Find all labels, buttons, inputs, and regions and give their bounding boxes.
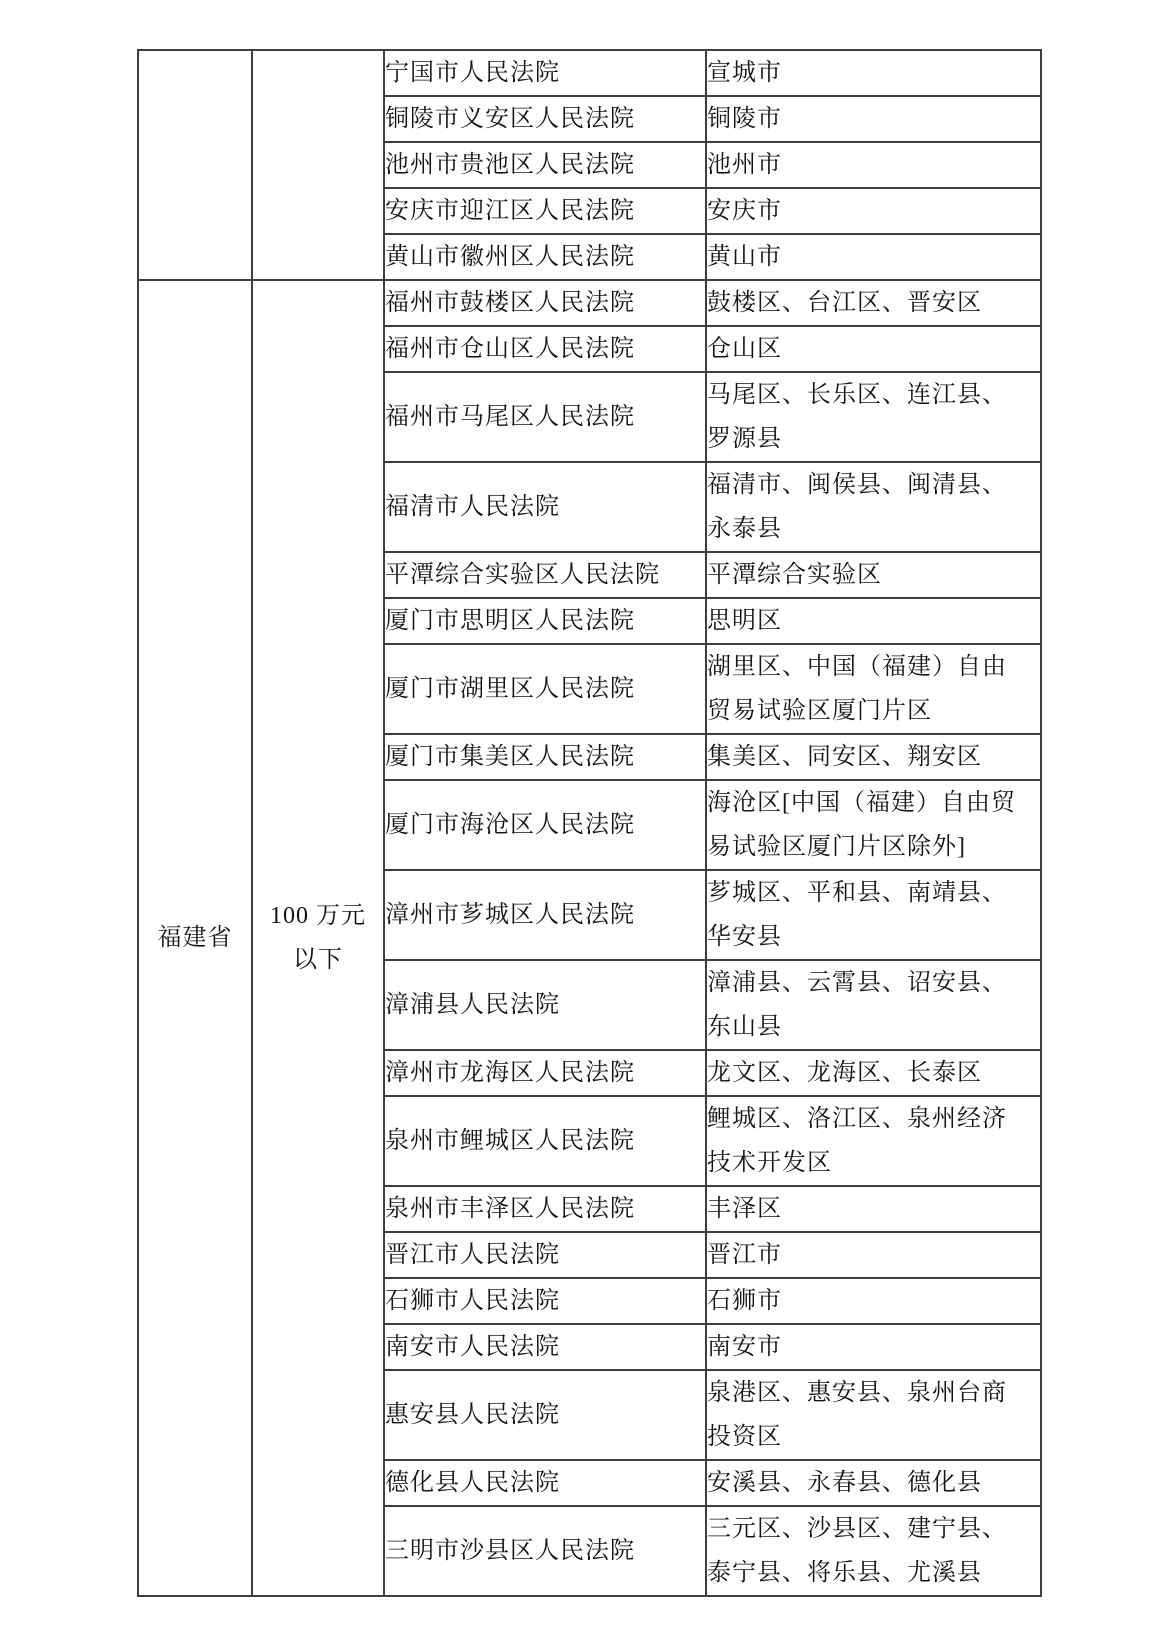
court-name: 泉州市丰泽区人民法院 <box>385 1187 705 1231</box>
court-name: 泉州市鲤城区人民法院 <box>385 1119 705 1163</box>
jurisdiction-line: 安溪县、永春县、德化县 <box>707 1461 1040 1505</box>
jurisdiction-table: 宁国市人民法院宣城市铜陵市义安区人民法院铜陵市池州市贵池区人民法院池州市安庆市迎… <box>137 49 1042 1597</box>
court-cell: 黄山市徽州区人民法院 <box>384 234 706 280</box>
amount-threshold-cell: 100 万元以下 <box>252 280 384 1596</box>
jurisdiction-line: 贸易试验区厦门片区 <box>707 689 1040 733</box>
court-cell: 平潭综合实验区人民法院 <box>384 552 706 598</box>
court-name: 厦门市湖里区人民法院 <box>385 667 705 711</box>
court-name: 漳州市龙海区人民法院 <box>385 1051 705 1095</box>
court-cell: 三明市沙县区人民法院 <box>384 1506 706 1596</box>
court-name: 惠安县人民法院 <box>385 1393 705 1437</box>
court-cell: 南安市人民法院 <box>384 1324 706 1370</box>
jurisdiction-cell: 安庆市 <box>706 188 1041 234</box>
jurisdiction-line: 晋江市 <box>707 1233 1040 1277</box>
jurisdiction-cell: 池州市 <box>706 142 1041 188</box>
court-cell: 泉州市鲤城区人民法院 <box>384 1096 706 1186</box>
jurisdiction-line: 泉港区、惠安县、泉州台商 <box>707 1371 1040 1415</box>
jurisdiction-cell: 安溪县、永春县、德化县 <box>706 1460 1041 1506</box>
jurisdiction-line: 华安县 <box>707 915 1040 959</box>
table-row: 宁国市人民法院宣城市 <box>138 50 1041 96</box>
court-cell: 德化县人民法院 <box>384 1460 706 1506</box>
court-cell: 石狮市人民法院 <box>384 1278 706 1324</box>
court-cell: 厦门市集美区人民法院 <box>384 734 706 780</box>
jurisdiction-cell: 丰泽区 <box>706 1186 1041 1232</box>
jurisdiction-line: 三元区、沙县区、建宁县、 <box>707 1507 1040 1551</box>
court-cell: 福州市仓山区人民法院 <box>384 326 706 372</box>
jurisdiction-cell: 海沧区[中国（福建）自由贸易试验区厦门片区除外] <box>706 780 1041 870</box>
court-name: 厦门市集美区人民法院 <box>385 735 705 779</box>
jurisdiction-line: 湖里区、中国（福建）自由 <box>707 645 1040 689</box>
court-name: 福清市人民法院 <box>385 485 705 529</box>
court-cell: 漳州市龙海区人民法院 <box>384 1050 706 1096</box>
jurisdiction-line: 池州市 <box>707 143 1040 187</box>
jurisdiction-line: 南安市 <box>707 1325 1040 1369</box>
jurisdiction-line: 集美区、同安区、翔安区 <box>707 735 1040 779</box>
court-name: 平潭综合实验区人民法院 <box>385 553 705 597</box>
court-name: 黄山市徽州区人民法院 <box>385 235 705 279</box>
jurisdiction-cell: 马尾区、长乐区、连江县、罗源县 <box>706 372 1041 462</box>
jurisdiction-cell: 仓山区 <box>706 326 1041 372</box>
amount-line: 100 万元 <box>253 894 383 938</box>
court-name: 漳浦县人民法院 <box>385 983 705 1027</box>
court-cell: 福州市马尾区人民法院 <box>384 372 706 462</box>
jurisdiction-line: 投资区 <box>707 1415 1040 1459</box>
court-name: 安庆市迎江区人民法院 <box>385 189 705 233</box>
province-label: 福建省 <box>139 916 251 960</box>
jurisdiction-cell: 龙文区、龙海区、长泰区 <box>706 1050 1041 1096</box>
court-name: 漳州市芗城区人民法院 <box>385 893 705 937</box>
jurisdiction-line: 龙文区、龙海区、长泰区 <box>707 1051 1040 1095</box>
court-cell: 厦门市湖里区人民法院 <box>384 644 706 734</box>
jurisdiction-cell: 南安市 <box>706 1324 1041 1370</box>
court-name: 厦门市思明区人民法院 <box>385 599 705 643</box>
jurisdiction-cell: 鲤城区、洛江区、泉州经济技术开发区 <box>706 1096 1041 1186</box>
court-name: 石狮市人民法院 <box>385 1279 705 1323</box>
jurisdiction-cell: 泉港区、惠安县、泉州台商投资区 <box>706 1370 1041 1460</box>
court-cell: 泉州市丰泽区人民法院 <box>384 1186 706 1232</box>
jurisdiction-line: 鼓楼区、台江区、晋安区 <box>707 281 1040 325</box>
jurisdiction-line: 永泰县 <box>707 507 1040 551</box>
jurisdiction-cell: 思明区 <box>706 598 1041 644</box>
jurisdiction-cell: 福清市、闽侯县、闽清县、永泰县 <box>706 462 1041 552</box>
court-name: 三明市沙县区人民法院 <box>385 1529 705 1573</box>
amount-threshold-cell <box>252 50 384 280</box>
jurisdiction-line: 鲤城区、洛江区、泉州经济 <box>707 1097 1040 1141</box>
jurisdiction-line: 安庆市 <box>707 189 1040 233</box>
jurisdiction-line: 技术开发区 <box>707 1141 1040 1185</box>
jurisdiction-cell: 集美区、同安区、翔安区 <box>706 734 1041 780</box>
jurisdiction-cell: 黄山市 <box>706 234 1041 280</box>
court-cell: 池州市贵池区人民法院 <box>384 142 706 188</box>
court-cell: 铜陵市义安区人民法院 <box>384 96 706 142</box>
jurisdiction-line: 漳浦县、云霄县、诏安县、 <box>707 961 1040 1005</box>
jurisdiction-cell: 石狮市 <box>706 1278 1041 1324</box>
court-cell: 安庆市迎江区人民法院 <box>384 188 706 234</box>
jurisdiction-cell: 三元区、沙县区、建宁县、泰宁县、将乐县、尤溪县 <box>706 1506 1041 1596</box>
court-name: 福州市仓山区人民法院 <box>385 327 705 371</box>
jurisdiction-line: 罗源县 <box>707 417 1040 461</box>
court-name: 宁国市人民法院 <box>385 51 705 95</box>
court-cell: 漳州市芗城区人民法院 <box>384 870 706 960</box>
jurisdiction-line: 泰宁县、将乐县、尤溪县 <box>707 1551 1040 1595</box>
court-cell: 漳浦县人民法院 <box>384 960 706 1050</box>
jurisdiction-line: 石狮市 <box>707 1279 1040 1323</box>
province-cell <box>138 50 252 280</box>
court-cell: 宁国市人民法院 <box>384 50 706 96</box>
court-name: 池州市贵池区人民法院 <box>385 143 705 187</box>
court-name: 铜陵市义安区人民法院 <box>385 97 705 141</box>
table-row: 福建省100 万元以下福州市鼓楼区人民法院鼓楼区、台江区、晋安区 <box>138 280 1041 326</box>
table-body: 宁国市人民法院宣城市铜陵市义安区人民法院铜陵市池州市贵池区人民法院池州市安庆市迎… <box>138 50 1041 1596</box>
jurisdiction-line: 丰泽区 <box>707 1187 1040 1231</box>
court-name: 晋江市人民法院 <box>385 1233 705 1277</box>
jurisdiction-line: 平潭综合实验区 <box>707 553 1040 597</box>
court-cell: 惠安县人民法院 <box>384 1370 706 1460</box>
jurisdiction-line: 海沧区[中国（福建）自由贸 <box>707 781 1040 825</box>
jurisdiction-line: 芗城区、平和县、南靖县、 <box>707 871 1040 915</box>
court-cell: 厦门市思明区人民法院 <box>384 598 706 644</box>
court-name: 福州市马尾区人民法院 <box>385 395 705 439</box>
jurisdiction-line: 易试验区厦门片区除外] <box>707 825 1040 869</box>
province-cell: 福建省 <box>138 280 252 1596</box>
court-name: 南安市人民法院 <box>385 1325 705 1369</box>
jurisdiction-line: 思明区 <box>707 599 1040 643</box>
jurisdiction-cell: 平潭综合实验区 <box>706 552 1041 598</box>
court-cell: 晋江市人民法院 <box>384 1232 706 1278</box>
document-page: 宁国市人民法院宣城市铜陵市义安区人民法院铜陵市池州市贵池区人民法院池州市安庆市迎… <box>0 0 1149 1626</box>
court-name: 福州市鼓楼区人民法院 <box>385 281 705 325</box>
court-cell: 厦门市海沧区人民法院 <box>384 780 706 870</box>
court-name: 厦门市海沧区人民法院 <box>385 803 705 847</box>
jurisdiction-cell: 湖里区、中国（福建）自由贸易试验区厦门片区 <box>706 644 1041 734</box>
jurisdiction-cell: 鼓楼区、台江区、晋安区 <box>706 280 1041 326</box>
jurisdiction-cell: 漳浦县、云霄县、诏安县、东山县 <box>706 960 1041 1050</box>
jurisdiction-line: 宣城市 <box>707 51 1040 95</box>
jurisdiction-line: 铜陵市 <box>707 97 1040 141</box>
jurisdiction-line: 仓山区 <box>707 327 1040 371</box>
court-name: 德化县人民法院 <box>385 1461 705 1505</box>
jurisdiction-line: 黄山市 <box>707 235 1040 279</box>
court-cell: 福州市鼓楼区人民法院 <box>384 280 706 326</box>
amount-line: 以下 <box>253 938 383 982</box>
jurisdiction-line: 福清市、闽侯县、闽清县、 <box>707 463 1040 507</box>
jurisdiction-line: 马尾区、长乐区、连江县、 <box>707 373 1040 417</box>
jurisdiction-cell: 晋江市 <box>706 1232 1041 1278</box>
jurisdiction-cell: 宣城市 <box>706 50 1041 96</box>
jurisdiction-cell: 芗城区、平和县、南靖县、华安县 <box>706 870 1041 960</box>
jurisdiction-cell: 铜陵市 <box>706 96 1041 142</box>
court-cell: 福清市人民法院 <box>384 462 706 552</box>
jurisdiction-line: 东山县 <box>707 1005 1040 1049</box>
